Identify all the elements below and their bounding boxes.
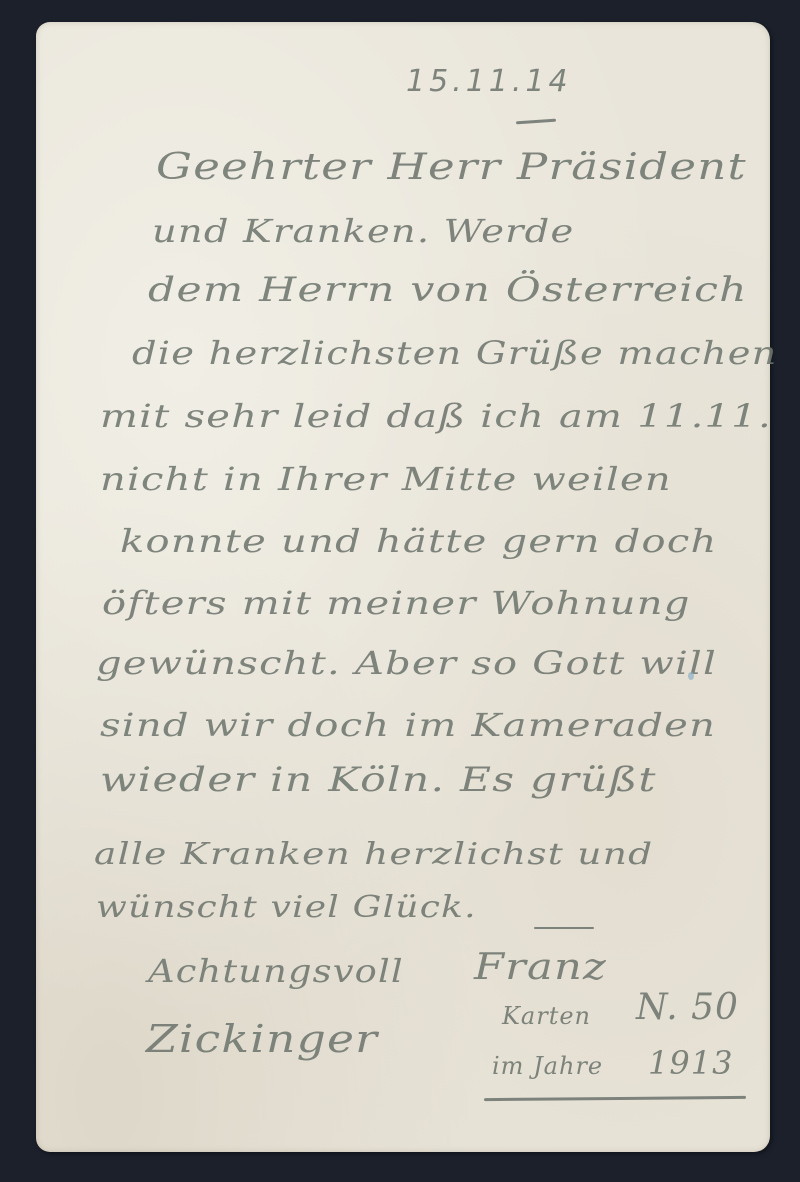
signature-first-name: Franz [474,947,607,988]
body-line: öfters mit meiner Wohnung [102,584,691,622]
body-line: alle Kranken herzlichst und [94,837,653,872]
ink-spot [688,672,694,680]
body-line: konnte und hätte gern doch [120,522,718,560]
signature-last-name: Zickinger [146,1017,378,1061]
body-line: gewünscht. Aber so Gott will [96,644,717,682]
annotation-cards-label: Karten [502,1002,591,1030]
postcard-date: 15.11.14 [406,64,572,99]
body-line: wünscht viel Glück. [96,890,477,925]
annotation-year: 1913 [648,1044,733,1082]
body-line: nicht in Ihrer Mitte weilen [100,460,672,498]
body-line: und Kranken. Werde [152,212,574,250]
body-line: Geehrter Herr Präsident [156,147,747,188]
body-line: die herzlichsten Grüße machen [132,334,778,372]
annotation-number: N. 50 [636,987,739,1028]
date-underline [516,119,556,125]
annotation-underline [484,1096,746,1101]
flourish-line [534,927,594,929]
body-line: wieder in Köln. Es grüßt [100,760,657,800]
annotation-year-label: im Jahre [492,1052,603,1080]
closing-text: Achtungsvoll [148,952,404,990]
body-line: sind wir doch im Kameraden [100,706,716,744]
body-line: dem Herrn von Österreich [148,270,748,310]
body-line: mit sehr leid daß ich am 11.11. [100,397,772,435]
postcard: 15.11.14 Geehrter Herr Präsident und Kra… [36,22,770,1152]
